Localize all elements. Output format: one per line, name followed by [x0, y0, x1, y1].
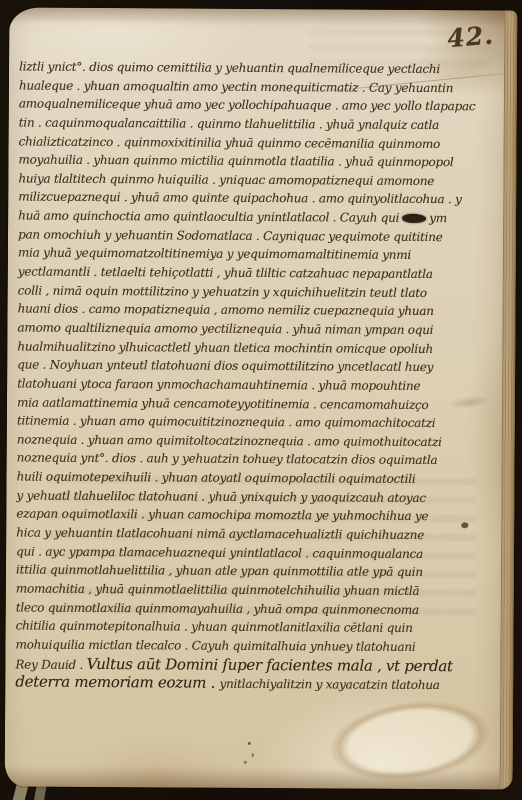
- water-stain: [315, 686, 505, 795]
- manuscript-text-line: que . Noyhuan ynteutl tlatohuani dios oq…: [17, 356, 455, 377]
- manuscript-text-line: tin . caquinmoqualancaittilia . quinmo t…: [19, 113, 457, 134]
- manuscript-text-line: momachitia , yhuā quinmotlaelittilia qui…: [16, 579, 454, 600]
- manuscript-text-line: yectlamantli . tetlaelti tehiçotlatti , …: [18, 263, 456, 284]
- manuscript-text-line: huili oquimotepexihuili . yhuan atoyatl …: [16, 468, 454, 489]
- manuscript-text-block: liztli ynict°. dios quimo cemittilia y y…: [15, 58, 457, 694]
- manuscript-text-line: chitilia quinmotepitonalhuia . yhuan qui…: [16, 617, 454, 638]
- photo-background: 42. liztli ynict°. dios quimo cemittilia…: [0, 0, 522, 800]
- ink-speck: [252, 753, 254, 757]
- manuscript-text-line: mohuiquilia mictlan tlecalco . Cayuh qui…: [15, 635, 453, 656]
- ink-speck: [460, 521, 469, 529]
- ink-speck: [248, 742, 251, 745]
- book-fore-edge: [500, 10, 518, 789]
- manuscript-text-line: liztli ynict°. dios quimo cemittilia y y…: [19, 58, 457, 79]
- manuscript-text-line: moyahuilia . yhuan quinmo mictilia quinm…: [18, 151, 456, 172]
- folio-page-number: 42.: [446, 20, 495, 53]
- manuscript-text-line: tlatohuani ytoca faraon ynmochachamauhti…: [17, 374, 455, 395]
- manuscript-text-line: titinemia . yhuan amo quimocuititzinozne…: [17, 412, 455, 433]
- manuscript-text-line: huā amo quinchoctia amo quintlaocultia y…: [18, 207, 456, 228]
- ink-speck: [244, 761, 247, 764]
- manuscript-text-line: deterra memoriam eozum . ynitlachiyalitz…: [15, 673, 453, 694]
- manuscript-text-line: amomo qualtiliznequia amomo yectiliznequ…: [17, 318, 455, 339]
- manuscript-page: 42. liztli ynict°. dios quimo cemittilia…: [5, 7, 518, 789]
- manuscript-text-line: hica y yehuantin tlatlacohuani nimā ayct…: [16, 524, 454, 545]
